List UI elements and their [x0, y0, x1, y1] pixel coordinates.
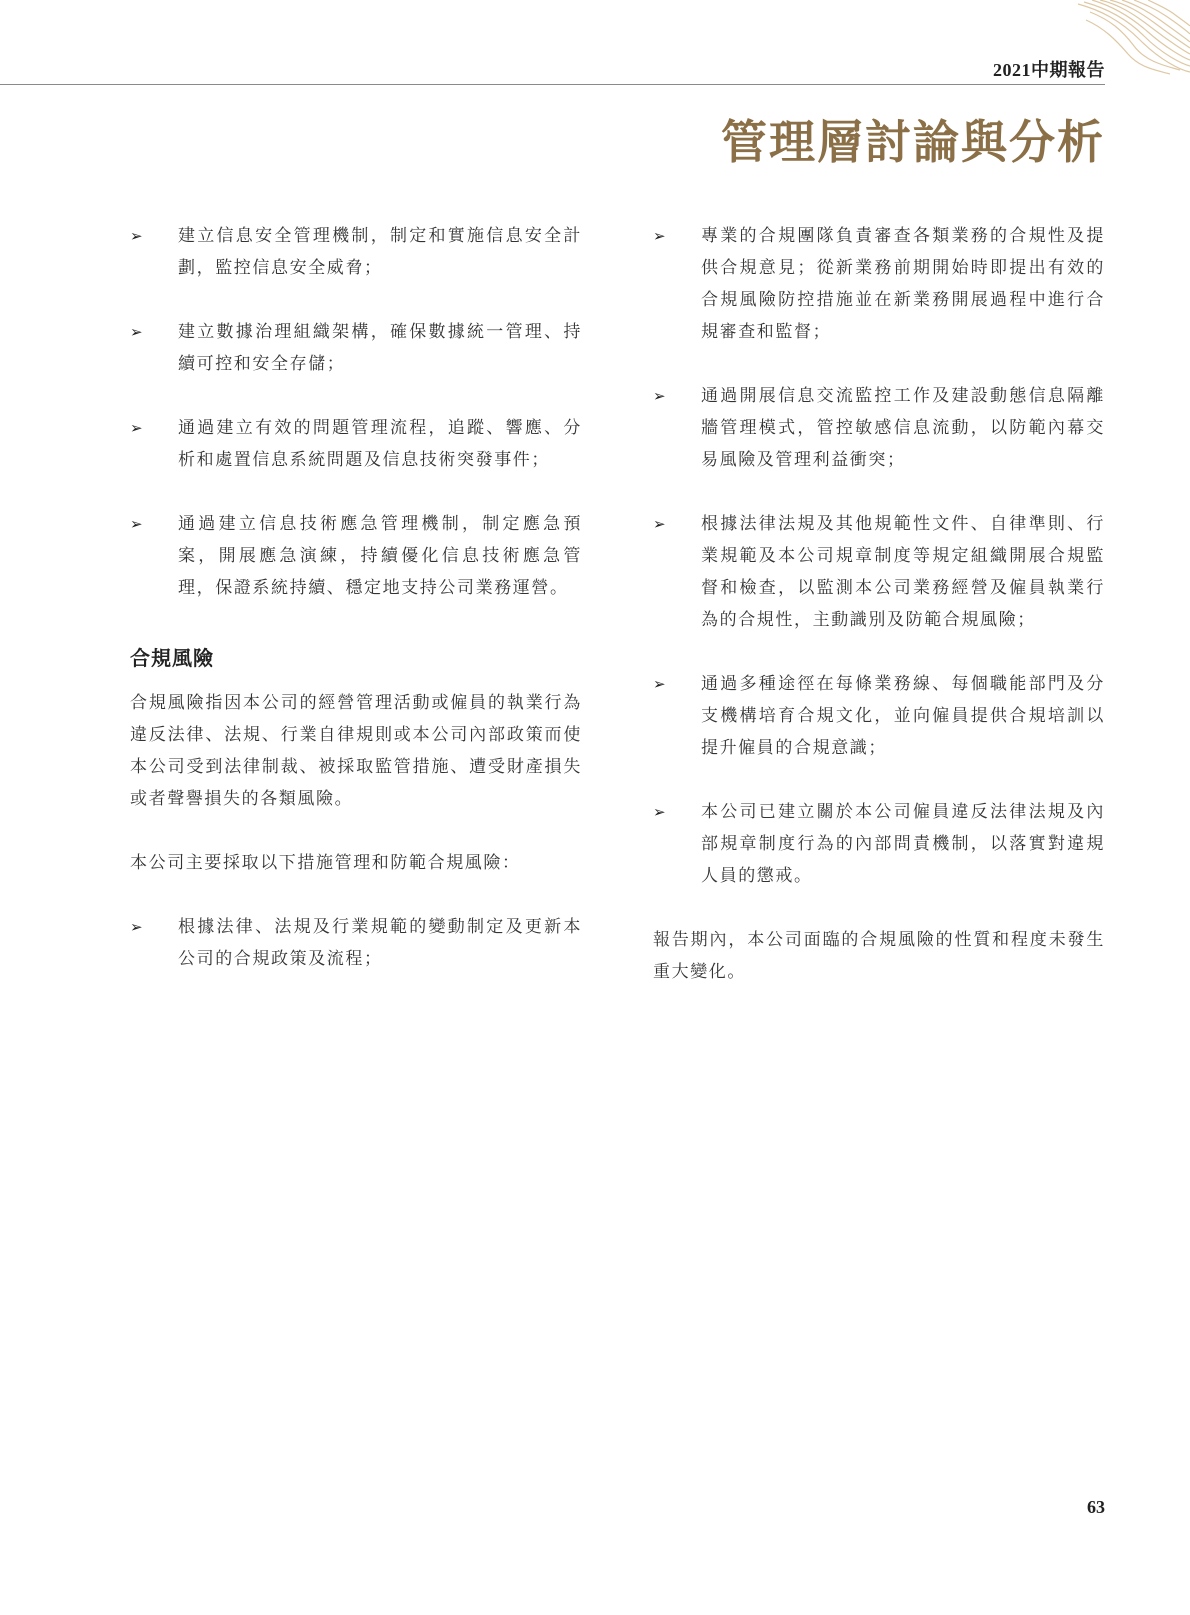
section-heading-compliance-risk: 合規風險: [130, 642, 582, 671]
bullet-item: ➢ 通過建立信息技術應急管理機制，制定應急預案，開展應急演練，持續優化信息技術應…: [130, 508, 582, 604]
arrow-bullet-icon: ➢: [653, 796, 673, 828]
bullet-item: ➢ 通過開展信息交流監控工作及建設動態信息隔離牆管理模式，管控敏感信息流動，以防…: [653, 380, 1105, 476]
paragraph-closing: 報告期內，本公司面臨的合規風險的性質和程度未發生重大變化。: [653, 924, 1105, 988]
bullet-text: 通過建立信息技術應急管理機制，制定應急預案，開展應急演練，持續優化信息技術應急管…: [178, 514, 582, 598]
paragraph-definition: 合規風險指因本公司的經營管理活動或僱員的執業行為違反法律、法規、行業自律規則或本…: [130, 687, 582, 815]
bullet-text: 根據法律法規及其他規範性文件、自律準則、行業規範及本公司規章制度等規定組織開展合…: [701, 514, 1105, 630]
arrow-bullet-icon: ➢: [653, 668, 673, 700]
arrow-bullet-icon: ➢: [653, 508, 673, 540]
arrow-bullet-icon: ➢: [130, 316, 150, 348]
bullet-text: 通過建立有效的問題管理流程，追蹤、響應、分析和處置信息系統問題及信息技術突發事件…: [178, 418, 582, 470]
bullet-item: ➢ 建立數據治理組織架構，確保數據統一管理、持續可控和安全存儲；: [130, 316, 582, 380]
page-title: 管理層討論與分析: [721, 106, 1105, 172]
bullet-item: ➢ 本公司已建立關於本公司僱員違反法律法規及內部規章制度行為的內部問責機制，以落…: [653, 796, 1105, 892]
header-divider: [0, 84, 1105, 85]
arrow-bullet-icon: ➢: [653, 380, 673, 412]
bullet-item: ➢ 根據法律、法規及行業規範的變動制定及更新本公司的合規政策及流程；: [130, 911, 582, 975]
bullet-text: 根據法律、法規及行業規範的變動制定及更新本公司的合規政策及流程；: [178, 917, 582, 969]
bullet-item: ➢ 通過多種途徑在每條業務線、每個職能部門及分支機構培育合規文化，並向僱員提供合…: [653, 668, 1105, 764]
left-column: ➢ 建立信息安全管理機制，制定和實施信息安全計劃，監控信息安全威脅； ➢ 建立數…: [130, 220, 582, 1007]
bullet-text: 通過開展信息交流監控工作及建設動態信息隔離牆管理模式，管控敏感信息流動，以防範內…: [701, 386, 1105, 470]
bullet-item: ➢ 建立信息安全管理機制，制定和實施信息安全計劃，監控信息安全威脅；: [130, 220, 582, 284]
arrow-bullet-icon: ➢: [130, 412, 150, 444]
bullet-text: 通過多種途徑在每條業務線、每個職能部門及分支機構培育合規文化，並向僱員提供合規培…: [701, 674, 1105, 758]
bullet-text: 本公司已建立關於本公司僱員違反法律法規及內部規章制度行為的內部問責機制，以落實對…: [701, 802, 1105, 886]
arrow-bullet-icon: ➢: [130, 911, 150, 943]
bullet-text: 專業的合規團隊負責審查各類業務的合規性及提供合規意見；從新業務前期開始時即提出有…: [701, 226, 1105, 342]
bullet-text: 建立數據治理組織架構，確保數據統一管理、持續可控和安全存儲；: [178, 322, 582, 374]
arrow-bullet-icon: ➢: [130, 508, 150, 540]
paragraph-measures-intro: 本公司主要採取以下措施管理和防範合規風險：: [130, 847, 582, 879]
bullet-item: ➢ 根據法律法規及其他規範性文件、自律準則、行業規範及本公司規章制度等規定組織開…: [653, 508, 1105, 636]
report-label: 2021中期報告: [993, 56, 1105, 82]
page-number: 63: [1087, 1497, 1105, 1518]
bullet-item: ➢ 通過建立有效的問題管理流程，追蹤、響應、分析和處置信息系統問題及信息技術突發…: [130, 412, 582, 476]
arrow-bullet-icon: ➢: [653, 220, 673, 252]
bullet-item: ➢ 專業的合規團隊負責審查各類業務的合規性及提供合規意見；從新業務前期開始時即提…: [653, 220, 1105, 348]
bullet-text: 建立信息安全管理機制，制定和實施信息安全計劃，監控信息安全威脅；: [178, 226, 582, 278]
right-column: ➢ 專業的合規團隊負責審查各類業務的合規性及提供合規意見；從新業務前期開始時即提…: [653, 220, 1105, 1020]
arrow-bullet-icon: ➢: [130, 220, 150, 252]
